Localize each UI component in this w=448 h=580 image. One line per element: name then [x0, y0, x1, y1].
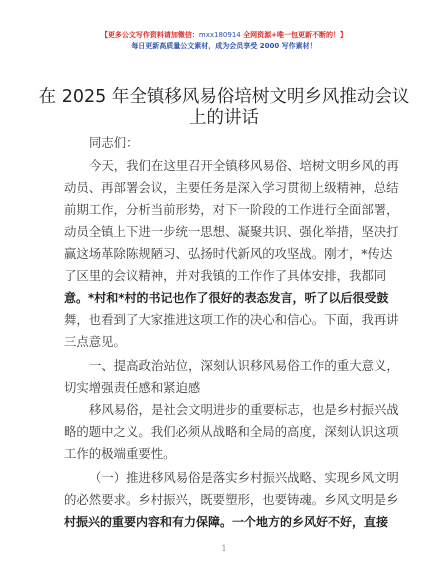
promo-prefix: 【更多公文写作资料请加微信： — [101, 31, 199, 39]
paragraph-line: 的必然要求。乡村振兴，既要塑形，也要铸魂。乡风文明是乡 — [64, 489, 382, 511]
document-body: 今天，我们在这里召开全镇移风易俗、培树文明乡风的再 动员、再部署会议，主要任务是… — [64, 155, 382, 533]
paragraph-line: 工作的极端重要性。 — [64, 443, 382, 465]
promo-banner-line1: 【更多公文写作资料请加微信：mxx180914 全网资源+唯一包更新不断的！】 — [0, 30, 448, 40]
salutation: 同志们： — [89, 133, 139, 151]
paragraph-line: 动员、再部署会议，主要任务是深入学习贯彻上级精神，总结 — [64, 177, 382, 199]
paragraph-line: 舞，也看到了大家推进这项工作的决心和信心。下面，我再讲 — [64, 309, 382, 331]
document-title-line2: 上的讲话 — [0, 108, 448, 129]
paragraph-line-bold: 意。*村和*村的书记也作了很好的表态发言，听了以后很受鼓 — [64, 287, 382, 309]
subsection-line: （一）推进移风易俗是落实乡村振兴战略、实现乡风文明 — [64, 467, 382, 489]
promo-banner-line2: 每日更新高质量公文素材，成为会员享受 2000 写作素材！ — [0, 41, 448, 51]
section-heading-line: 一、提高政治站位，深刻认识移风易俗工作的重大意义， — [64, 355, 382, 377]
paragraph-line: 三点意见。 — [64, 331, 382, 353]
promo-wechat-account: mxx180914 — [199, 31, 241, 39]
promo-suffix: 全网资源+唯一包更新不断的！】 — [241, 31, 347, 39]
paragraph-line-bold: 村振兴的重要内容和有力保障。一个地方的乡风好不好，直接 — [64, 511, 382, 533]
paragraph-line: 略的题中之义。我们必须从战略和全局的高度，深刻认识这项 — [64, 421, 382, 443]
page-number: 1 — [0, 544, 448, 553]
paragraph-line: 前期工作，分析当前形势，对下一阶段的工作进行全面部署， — [64, 199, 382, 221]
paragraph-line: 移风易俗，是社会文明进步的重要标志，也是乡村振兴战 — [64, 399, 382, 421]
document-page: 【更多公文写作资料请加微信：mxx180914 全网资源+唯一包更新不断的！】 … — [0, 0, 448, 580]
section-heading-line: 切实增强责任感和紧迫感 — [64, 377, 382, 399]
paragraph-line: 赢这场革除陈规陋习、弘扬时代新风的攻坚战。刚才，*传达 — [64, 243, 382, 265]
paragraph-line: 今天，我们在这里召开全镇移风易俗、培树文明乡风的再 — [64, 155, 382, 177]
document-title-line1: 在 2025 年全镇移风易俗培树文明乡风推动会议 — [0, 87, 448, 108]
paragraph-line: 了区里的会议精神，并对我镇的工作作了具体安排，我都同 — [64, 265, 382, 287]
paragraph-line: 动员全镇上下进一步统一思想、凝聚共识、强化举措，坚决打 — [64, 221, 382, 243]
